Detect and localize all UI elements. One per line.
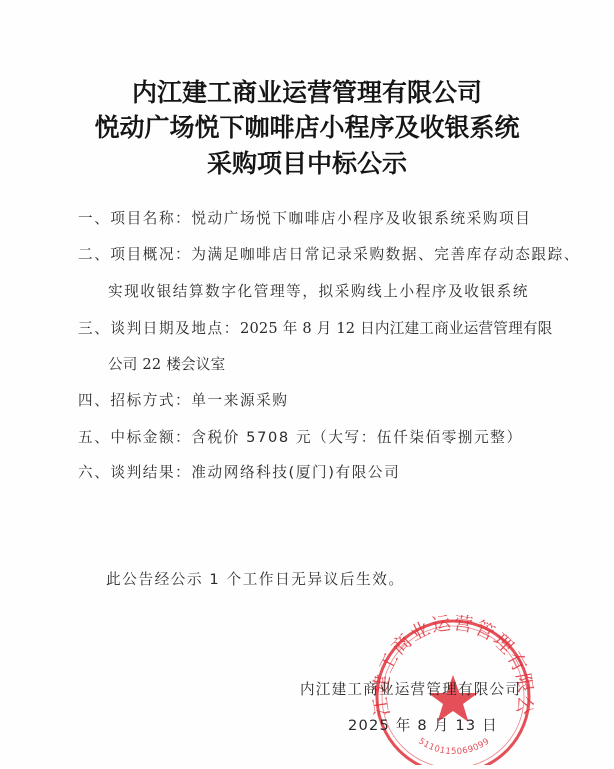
item-bid-amount: 五、中标金额：含税价 5708 元（大写：伍仟柒佰零捌元整）: [78, 426, 523, 447]
title-project: 悦动广场悦下咖啡店小程序及收银系统: [0, 108, 614, 144]
item-label: 三、谈判日期及地点：: [78, 320, 240, 337]
item-label: 六、谈判结果：: [78, 464, 191, 481]
item-bidding-method: 四、招标方式：单一来源采购: [78, 389, 289, 410]
title-announcement: 采购项目中标公示: [0, 144, 614, 180]
item-label: 四、招标方式：: [78, 392, 191, 409]
signature-date: 2025 年 8 月 13 日: [348, 714, 498, 735]
item-negotiation-place-cont: 公司 22 楼会议室: [108, 353, 225, 374]
svg-text:5110115069099: 5110115069099: [416, 736, 491, 757]
item-value: 含税价 5708 元（大写：伍仟柒佰零捌元整）: [191, 429, 522, 446]
document-page: 内江建工商业运营管理有限公司 悦动广场悦下咖啡店小程序及收银系统 采购项目中标公…: [0, 0, 614, 769]
item-value: 单一来源采购: [191, 392, 288, 409]
item-negotiation-date-place: 三、谈判日期及地点：2025 年 8 月 12 日内江建工商业运营管理有限: [78, 317, 552, 338]
effective-notice: 此公告经公示 1 个工作日无异议后生效。: [106, 568, 405, 589]
item-project-name: 一、项目名称：悦动广场悦下咖啡店小程序及收银系统采购项目: [78, 207, 531, 228]
item-value: 悦动广场悦下咖啡店小程序及收银系统采购项目: [191, 210, 531, 227]
item-value: 为满足咖啡店日常记录采购数据、完善库存动态跟踪、: [191, 246, 580, 263]
item-project-overview-cont: 实现收银结算数字化管理等，拟采购线上小程序及收银系统: [108, 280, 529, 301]
item-negotiation-result: 六、谈判结果：准动网络科技(厦门)有限公司: [78, 461, 400, 482]
item-label: 一、项目名称：: [78, 210, 191, 227]
title-company: 内江建工商业运营管理有限公司: [0, 73, 614, 109]
item-value: 准动网络科技(厦门)有限公司: [191, 464, 400, 481]
item-value: 2025 年 8 月 12 日内江建工商业运营管理有限: [240, 320, 553, 337]
item-project-overview: 二、项目概况：为满足咖啡店日常记录采购数据、完善库存动态跟踪、: [78, 243, 580, 264]
item-label: 二、项目概况：: [78, 246, 191, 263]
item-label: 五、中标金额：: [78, 429, 191, 446]
signature-company: 内江建工商业运营管理有限公司: [300, 678, 521, 699]
